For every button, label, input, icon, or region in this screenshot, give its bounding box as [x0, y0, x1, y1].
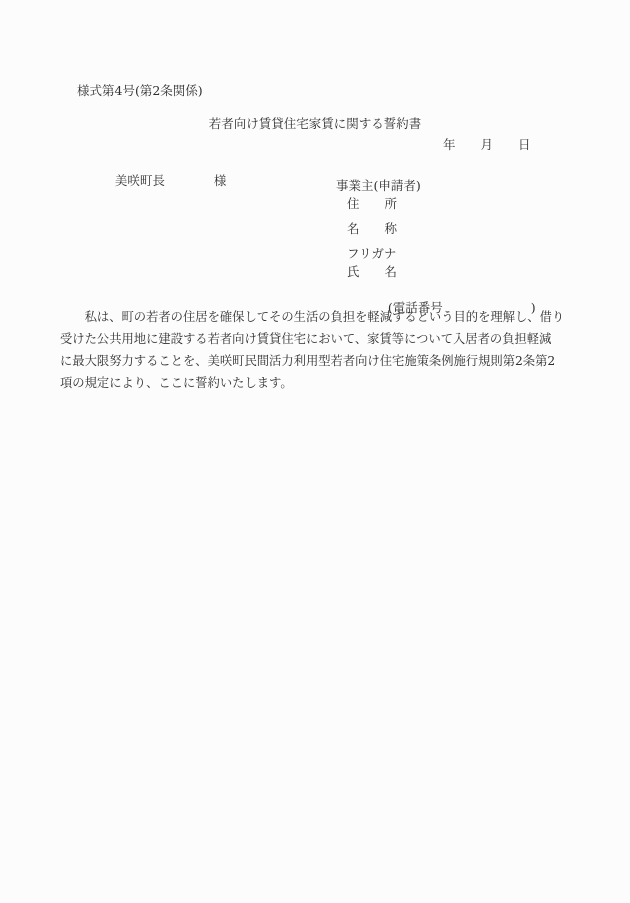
- document-page: 様式第4号(第2条関係) 若者向け賃貸住宅家賃に関する誓約書 年 月 日 美咲町…: [0, 0, 630, 903]
- document-title: 若者向け賃貸住宅家賃に関する誓約書: [0, 116, 630, 131]
- address-label: 住 所: [347, 196, 397, 211]
- pledge-line-1: 私は、町の若者の住居を確保してその生活の負担を軽減するという目的を理解し、借り: [60, 306, 572, 328]
- person-name-label: 氏 名: [347, 264, 397, 279]
- furigana-label: フリガナ: [347, 246, 396, 261]
- pledge-line-4: 項の規定により、ここに誓約いたします。: [60, 372, 572, 394]
- form-number: 様式第4号(第2条関係): [77, 83, 203, 98]
- pledge-line-3: に最大限努力することを、美咲町民間活力利用型若者向け住宅施策条例施行規則第2条第…: [60, 350, 572, 372]
- date-line: 年 月 日: [443, 137, 531, 152]
- company-name-label: 名 称: [347, 221, 397, 236]
- addressee-line: 美咲町長様: [99, 158, 226, 203]
- addressee-honorific: 様: [214, 173, 227, 188]
- addressee-name: 美咲町長: [115, 173, 165, 188]
- applicant-heading: 事業主(申請者): [336, 178, 421, 193]
- pledge-paragraph: 私は、町の若者の住居を確保してその生活の負担を軽減するという目的を理解し、借り …: [60, 306, 572, 394]
- pledge-line-2: 受けた公共用地に建設する若者向け賃貸住宅において、家賃等について入居者の負担軽減: [60, 328, 572, 350]
